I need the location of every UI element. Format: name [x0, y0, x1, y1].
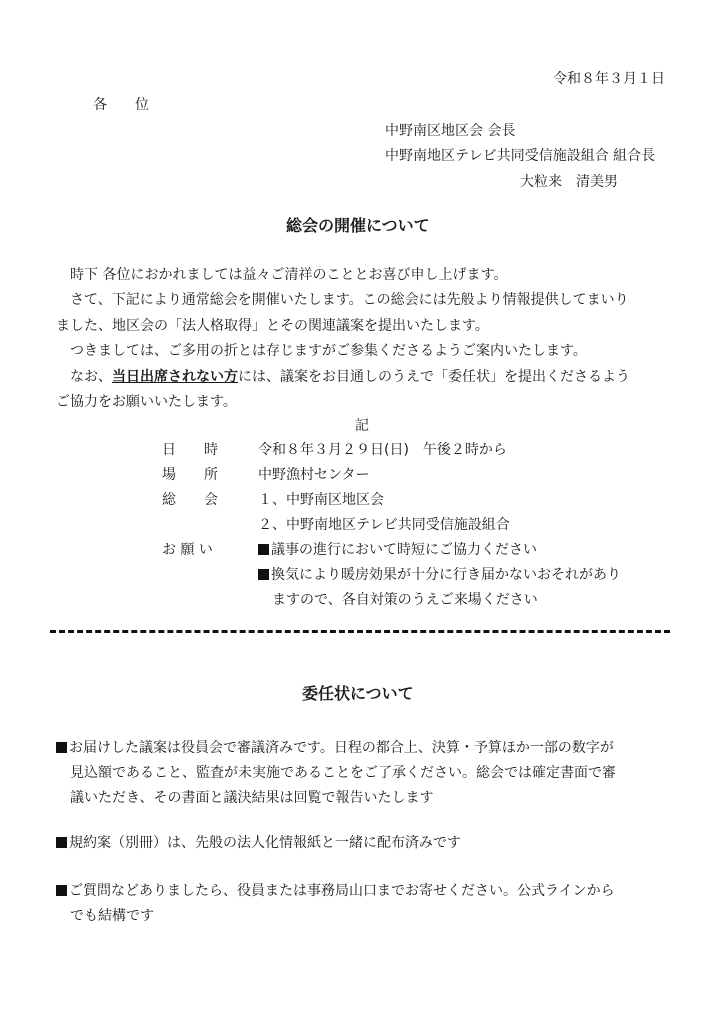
- absentee-emphasis: 当日出席されない方: [112, 369, 238, 385]
- square-bullet-icon: [56, 885, 67, 896]
- request-1-text: 議事の進行において時短にご協力ください: [271, 542, 537, 558]
- proxy-item-1-line-1: お届けした議案は役員会で審議済みです。日程の都合上、決算・予算ほか一部の数字が: [56, 738, 614, 758]
- paragraph-5: なお、当日出席されない方には、議案をお目通しのうえで「委任状」を提出くださるよう: [70, 367, 630, 387]
- square-bullet-icon: [56, 837, 67, 848]
- sender-line-2: 中野南地区テレビ共同受信施設組合 組合長: [385, 146, 655, 166]
- detail-value-datetime: 令和８年３月２９日(日) 午後２時から: [258, 440, 507, 460]
- proxy-item-3-line-1: ご質問などありましたら、役員または事務局山口までお寄せください。公式ラインから: [56, 881, 615, 901]
- detail-label-meeting: 総 会: [162, 490, 218, 510]
- proxy-item-3-line-2: でも結構です: [70, 906, 154, 926]
- proxy-item-3-text: ご質問などありましたら、役員または事務局山口までお寄せください。公式ラインから: [69, 883, 615, 899]
- proxy-item-2-text: 規約案（別冊）は、先般の法人化情報紙と一緒に配布済みです: [69, 835, 461, 851]
- sender-name: 大粒来 清美男: [520, 172, 618, 192]
- detail-value-meeting-1: １、中野南区地区会: [258, 490, 384, 510]
- paragraph-6: ご協力をお願いいたします。: [56, 392, 237, 412]
- notice-title: 総会の開催について: [286, 216, 430, 236]
- proxy-title: 委任状について: [302, 684, 414, 704]
- square-bullet-icon: [258, 544, 269, 555]
- detail-value-request-1: 議事の進行において時短にご協力ください: [258, 540, 537, 560]
- paragraph-2: さて、下記により通常総会を開催いたします。この総会には先般より情報提供してまいり: [70, 290, 629, 310]
- square-bullet-icon: [56, 742, 67, 753]
- detail-label-request: お 願 い: [162, 540, 213, 560]
- detail-value-place: 中野漁村センター: [258, 465, 369, 485]
- proxy-item-1-line-3: 議いただき、その書面と議決結果は回覧で報告いたします: [70, 788, 433, 808]
- paragraph-1: 時下 各位におかれましては益々ご清祥のこととお喜び申し上げます。: [70, 265, 507, 285]
- proxy-item-1-text: お届けした議案は役員会で審議済みです。日程の都合上、決算・予算ほか一部の数字が: [69, 740, 614, 756]
- square-bullet-icon: [258, 569, 269, 580]
- ki-heading: 記: [355, 416, 369, 436]
- request-2-text: 換気により暖房効果が十分に行き届かないおそれがあり: [271, 567, 621, 583]
- paragraph-5-suffix: には、議案をお目通しのうえで「委任状」を提出くださるよう: [238, 369, 630, 385]
- sender-line-1: 中野南区地区会 会長: [385, 121, 515, 141]
- proxy-item-1-line-2: 見込額であること、監査が未実施であることをご了承ください。総会では確定書面で審: [70, 763, 616, 783]
- detail-value-request-2: 換気により暖房効果が十分に行き届かないおそれがあり: [258, 565, 621, 585]
- addressee: 各 位: [93, 95, 149, 115]
- paragraph-4: つきましては、ご多用の折とは存じますがご参集くださるようご案内いたします。: [70, 341, 587, 361]
- paragraph-3: ました、地区会の「法人格取得」とその関連議案を提出いたします。: [56, 316, 489, 336]
- detail-value-meeting-2: ２、中野南地区テレビ共同受信施設組合: [258, 515, 510, 535]
- cut-line-divider: [50, 630, 670, 633]
- document-date: 令和８年３月１日: [553, 69, 665, 89]
- proxy-item-2: 規約案（別冊）は、先般の法人化情報紙と一緒に配布済みです: [56, 833, 461, 853]
- paragraph-5-prefix: なお、: [70, 369, 112, 385]
- detail-value-request-2-cont: ますので、各自対策のうえご来場ください: [272, 590, 538, 610]
- detail-label-place: 場 所: [162, 465, 218, 485]
- detail-label-datetime: 日 時: [162, 440, 218, 460]
